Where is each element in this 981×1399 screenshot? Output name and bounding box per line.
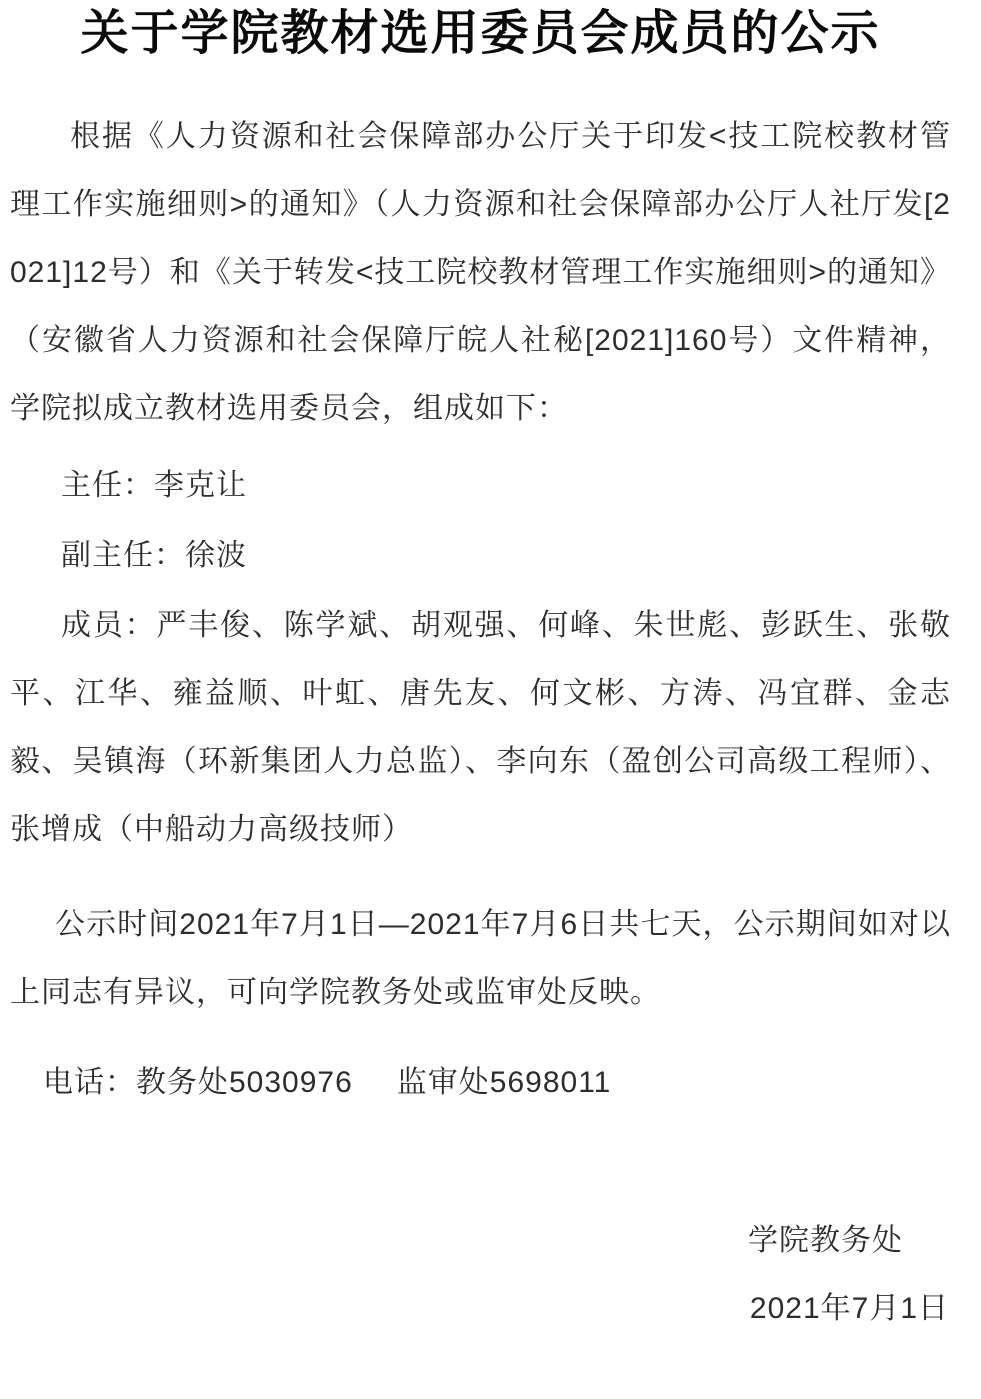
deputy-director-line: 副主任：徐波 [10,522,951,590]
page-title: 关于学院教材选用委员会成员的公示 [10,6,951,61]
signature-date: 2021年7月1日 [10,1275,949,1343]
phone-label: 电话： [43,1066,136,1099]
signature-block: 学院教务处 2021年7月1日 [10,1207,951,1343]
signature-department: 学院教务处 [10,1207,903,1275]
announcement-document: 关于学院教材选用委员会成员的公示 根据《人力资源和社会保障部办公厅关于印发<技工… [0,0,981,1399]
intro-paragraph: 根据《人力资源和社会保障部办公厅关于印发<技工院校教材管理工作实施细则>的通知》… [10,103,951,443]
phone-office-1: 教务处5030976 [136,1066,353,1099]
members-line: 成员：严丰俊、陈学斌、胡观强、何峰、朱世彪、彭跃生、张敬平、江华、雍益顺、叶虹、… [10,592,951,864]
notice-paragraph: 公示时间2021年7月1日—2021年7月6日共七天，公示期间如对以上同志有异议… [10,891,951,1027]
phone-office-2: 监审处5698011 [397,1066,612,1099]
phone-line: 电话：教务处5030976监审处5698011 [10,1049,951,1117]
director-line: 主任：李克让 [10,452,951,520]
